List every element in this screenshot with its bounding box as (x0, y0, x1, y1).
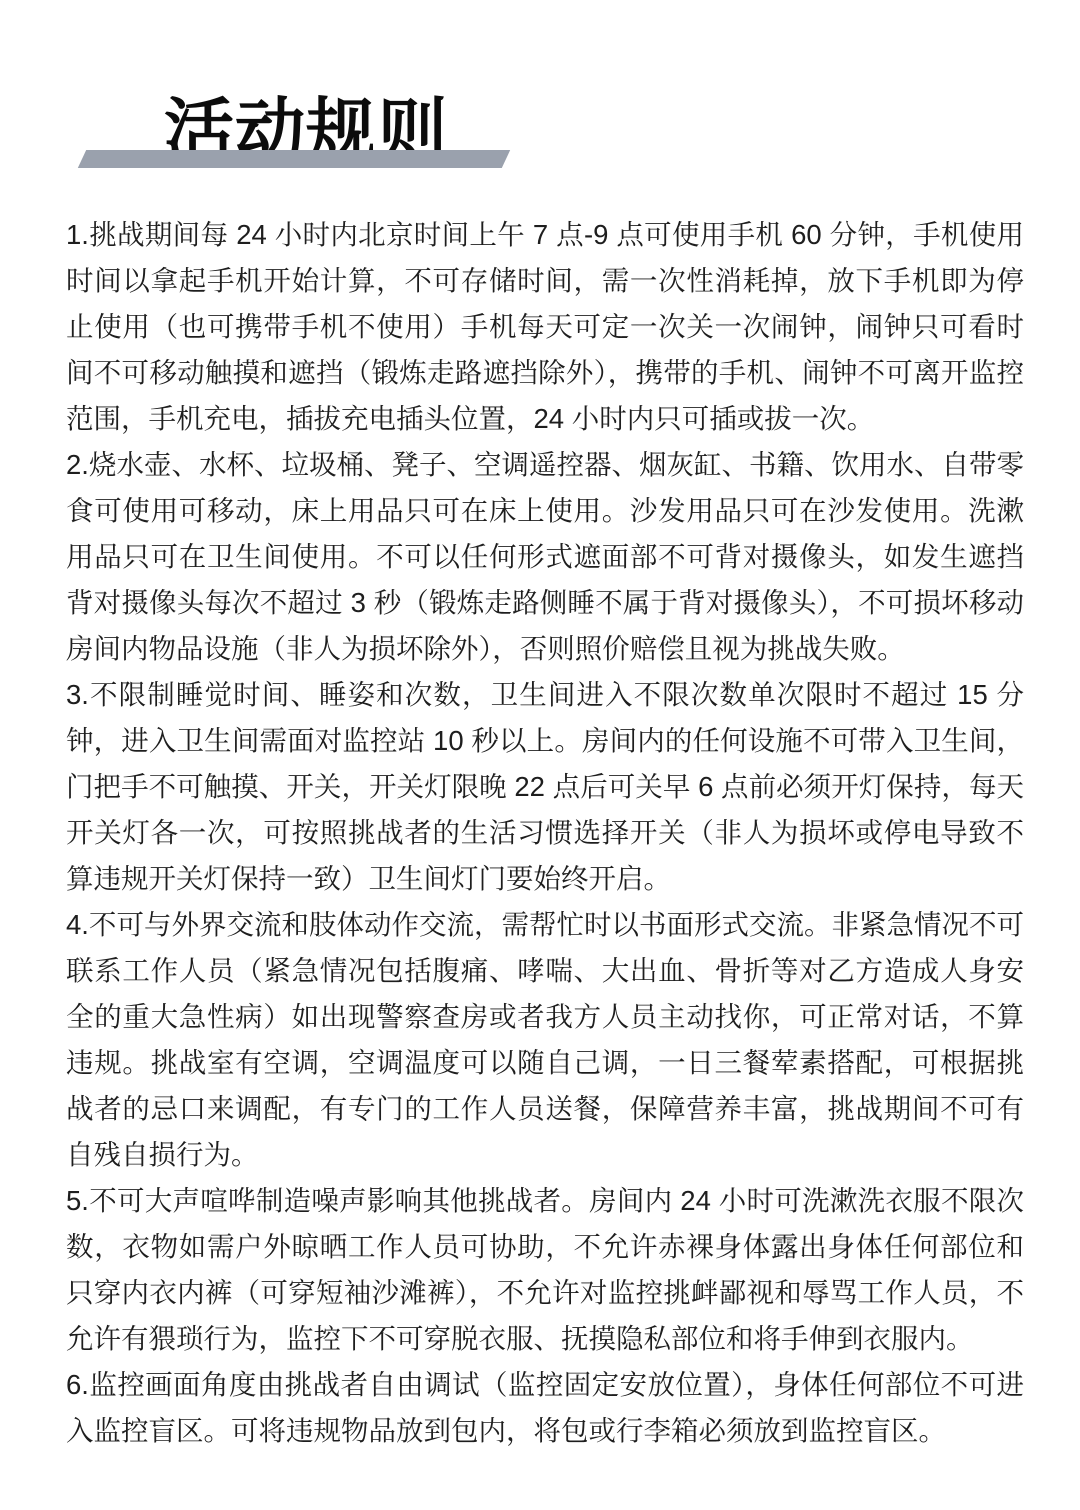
title-underline-bar (78, 150, 510, 168)
rule-item-1: 1.挑战期间每 24 小时内北京时间上午 7 点-9 点可使用手机 60 分钟，… (66, 212, 1024, 442)
rule-item-6: 6.监控画面角度由挑战者自由调试（监控固定安放位置），身体任何部位不可进入监控盲… (66, 1362, 1024, 1454)
rule-item-5: 5.不可大声喧哗制造噪声影响其他挑战者。房间内 24 小时可洗漱洗衣服不限次数，… (66, 1178, 1024, 1362)
rule-item-2: 2.烧水壶、水杯、垃圾桶、凳子、空调遥控器、烟灰缸、书籍、饮用水、自带零食可使用… (66, 442, 1024, 672)
rules-list: 1.挑战期间每 24 小时内北京时间上午 7 点-9 点可使用手机 60 分钟，… (66, 212, 1024, 1454)
rule-item-3: 3.不限制睡觉时间、睡姿和次数，卫生间进入不限次数单次限时不超过 15 分钟，进… (66, 672, 1024, 902)
rule-item-4: 4.不可与外界交流和肢体动作交流，需帮忙时以书面形式交流。非紧急情况不可联系工作… (66, 902, 1024, 1178)
